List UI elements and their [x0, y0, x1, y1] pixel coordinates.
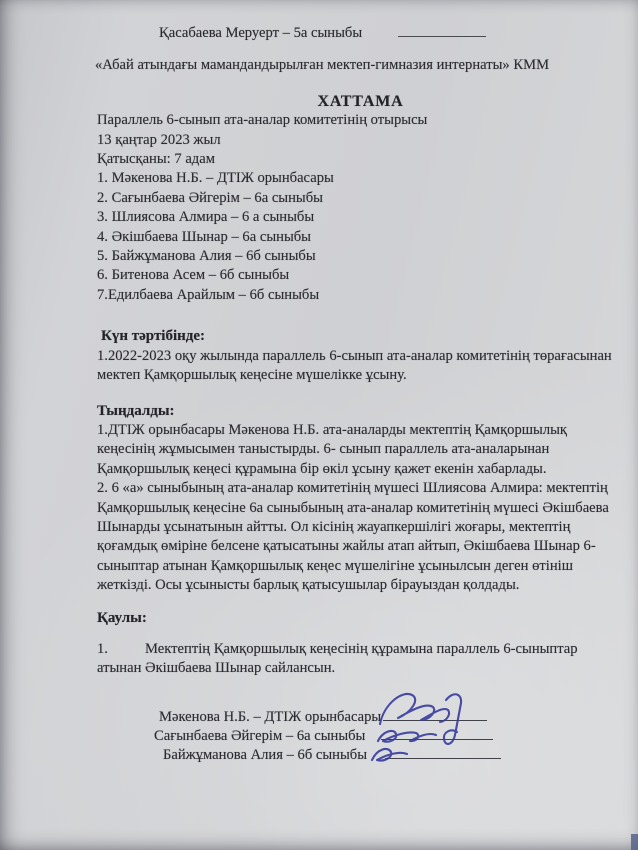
- attendee-item: 7.Едилбаева Арайлым – 6б сыныбы: [97, 286, 624, 305]
- document-title: ХАТТАМА: [97, 92, 624, 111]
- decision-paragraph: 1.Мектептің Қамқоршылық кеңесінің құрамы…: [97, 640, 624, 679]
- signature-label: Мәкенова Н.Б. – ДТІЖ орынбасары: [159, 709, 381, 725]
- attendee-item: 3. Шлиясова Алмира – 6 а сыныбы: [97, 208, 624, 227]
- heard-paragraph-1: 1.ДТІЖ орынбасары Мәкенова Н.Б. ата-анал…: [97, 421, 624, 479]
- decision-heading: Қаулы:: [97, 609, 624, 628]
- signature-row: Мәкенова Н.Б. – ДТІЖ орынбасары: [159, 708, 624, 727]
- heard-paragraph-2: 2. 6 «а» сыныбының ата-аналар комитетіні…: [97, 479, 624, 595]
- attendees-list: 1. Мәкенова Н.Б. – ДТІЖ орынбасары 2. Са…: [97, 169, 624, 305]
- heard-heading: Тыңдалды:: [97, 402, 624, 421]
- signature-line: [381, 728, 493, 740]
- decision-text: Мектептің Қамқоршылық кеңесінің құрамына…: [97, 641, 578, 676]
- document-body: Қасабаева Меруерт – 5а сыныбы «Абай атын…: [97, 24, 624, 679]
- attendee-item: 5. Байжұманова Алия – 6б сыныбы: [97, 247, 624, 266]
- attendee-item: 1. Мәкенова Н.Б. – ДТІЖ орынбасары: [97, 169, 624, 188]
- student-name-line: Қасабаева Меруерт – 5а сыныбы: [159, 25, 362, 41]
- attendee-item: 2. Сағынбаева Әйгерім – 6а сыныбы: [97, 189, 624, 208]
- header-row: Қасабаева Меруерт – 5а сыныбы: [159, 24, 624, 43]
- agenda-text: 1.2022-2023 оқу жылында параллель 6-сыны…: [97, 347, 624, 386]
- signature-line: [383, 709, 487, 721]
- organization-name: «Абай атындағы мамандандырылған мектеп-г…: [95, 56, 624, 75]
- signature-line: [385, 747, 501, 759]
- agenda-heading: Күн тәртібінде:: [101, 327, 624, 346]
- attendees-count: Қатысқаны: 7 адам: [97, 150, 624, 169]
- date-line: 13 қаңтар 2023 жыл: [97, 131, 624, 150]
- attendee-item: 6. Битенова Асем – 6б сыныбы: [97, 266, 624, 285]
- header-blank-line: [398, 24, 486, 37]
- signature-row: Байжұманова Алия – 6б сыныбы: [163, 746, 624, 765]
- signature-block: Мәкенова Н.Б. – ДТІЖ орынбасары Сағынбае…: [97, 708, 624, 766]
- background-corner-sliver: [631, 834, 638, 850]
- scanned-document-page: Қасабаева Меруерт – 5а сыныбы «Абай атын…: [0, 0, 638, 850]
- signature-label: Байжұманова Алия – 6б сыныбы: [163, 747, 367, 763]
- decision-number: 1.: [97, 640, 145, 659]
- attendee-item: 4. Әкішбаева Шынар – 6а сыныбы: [97, 228, 624, 247]
- signature-row: Сағынбаева Әйгерім – 6а сыныбы: [154, 727, 624, 746]
- document-subtitle: Параллель 6-сынып ата-аналар комитетінің…: [97, 111, 624, 130]
- signature-label: Сағынбаева Әйгерім – 6а сыныбы: [154, 728, 365, 744]
